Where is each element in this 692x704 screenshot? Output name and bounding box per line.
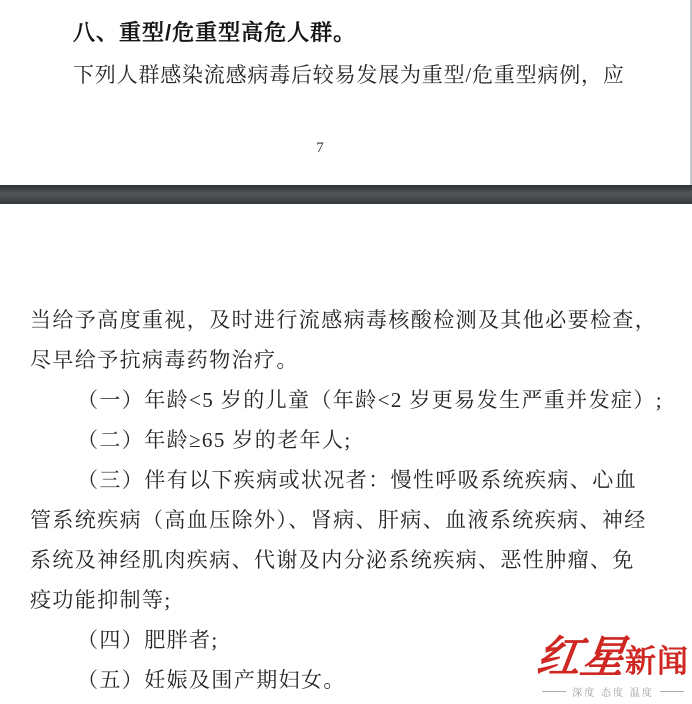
page2-fragment: 当给予高度重视，及时进行流感病毒核酸检测及其他必要检查， 尽早给予抗病毒药物治疗… [0, 204, 692, 704]
paragraph-line: 当给予高度重视，及时进行流感病毒核酸检测及其他必要检查， [30, 300, 670, 340]
list-item-3: （三）伴有以下疾病或状况者：慢性呼吸系统疾病、心血 [30, 460, 670, 500]
tagline-right-dash [660, 691, 684, 692]
list-item-3-continuation: 疫功能抑制等; [30, 580, 670, 620]
page-separator-band [0, 185, 692, 204]
list-item-3-continuation: 管系统疾病（高血压除外）、肾病、肝病、血液系统疾病、神经 [30, 500, 670, 540]
page-number: 7 [0, 140, 640, 157]
document-screenshot: 八、重型/危重型高危人群。 下列人群感染流感病毒后较易发展为重型/危重型病例，应… [0, 0, 692, 704]
tagline-text: 深度 态度 温度 [572, 684, 654, 699]
list-item-2: （二）年龄≥65 岁的老年人; [30, 420, 670, 460]
page1-fragment: 八、重型/危重型高危人群。 下列人群感染流感病毒后较易发展为重型/危重型病例，应… [0, 0, 692, 185]
page1-paragraph-line: 下列人群感染流感病毒后较易发展为重型/危重型病例，应 [73, 59, 625, 89]
list-item-3-continuation: 系统及神经肌肉疾病、代谢及内分泌系统疾病、恶性肿瘤、免 [30, 540, 670, 580]
brand-script-text: 红星 [534, 634, 629, 682]
tagline-left-dash [542, 691, 566, 692]
brand-tagline: 深度 态度 温度 [538, 684, 688, 699]
list-item-1: （一）年龄<5 岁的儿童（年龄<2 岁更易发生严重并发症）; [30, 380, 670, 420]
section-heading: 八、重型/危重型高危人群。 [73, 16, 356, 47]
paragraph-line: 尽早给予抗病毒药物治疗。 [30, 340, 670, 380]
brand-bold-text: 新闻 [625, 642, 689, 682]
red-star-news-watermark: 红星 新闻 深度 态度 温度 [538, 634, 688, 699]
brand-logo: 红星 新闻 [538, 634, 688, 682]
